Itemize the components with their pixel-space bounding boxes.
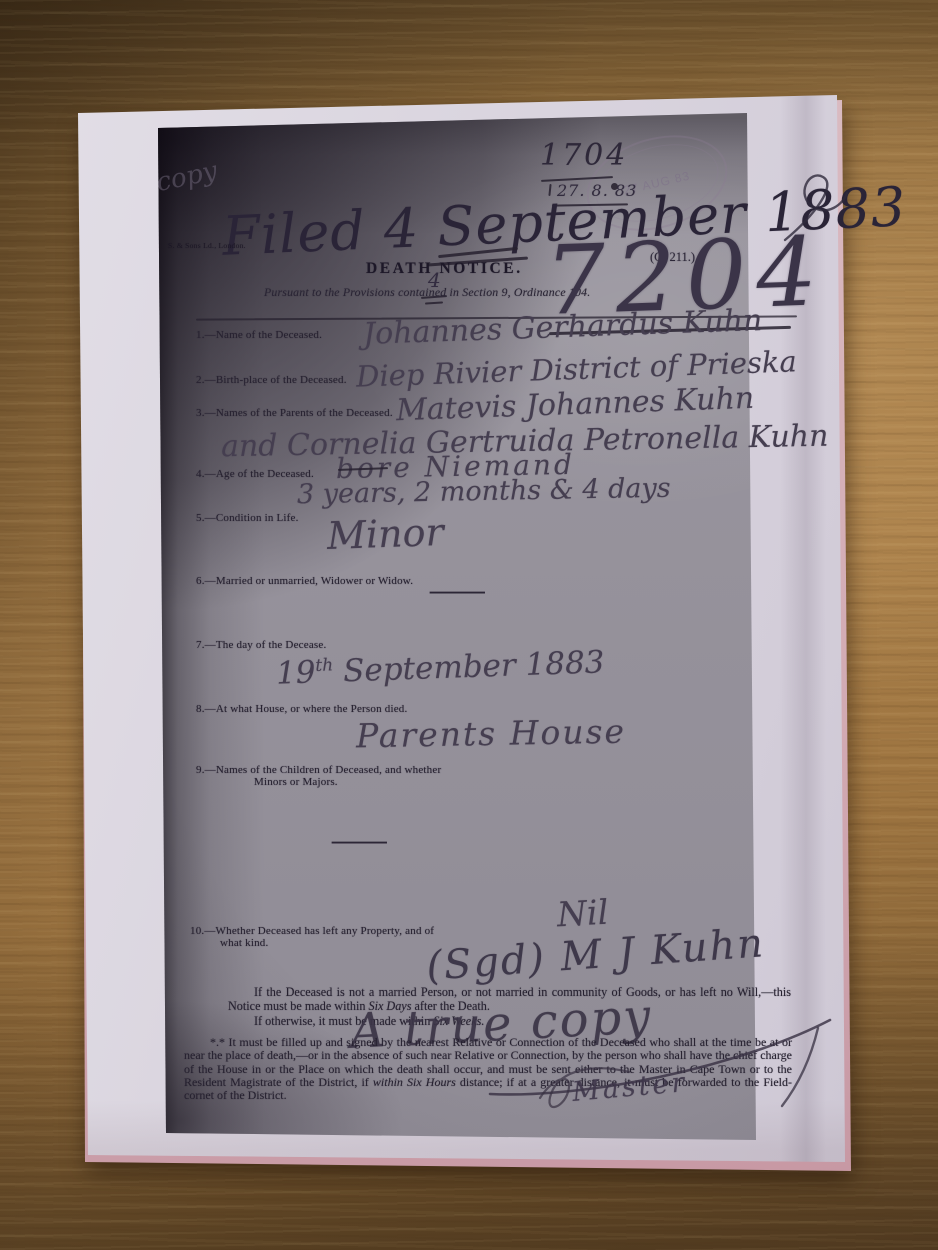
printer-mark: S. & Sons Ld., London. xyxy=(168,241,246,250)
photo-scene: copy 27 AUG 83 1704 27. 8. 83 Filed 4 Se… xyxy=(0,0,938,1250)
field-7-label: 7.—The day of the Decease. xyxy=(196,639,326,651)
field-7-ordinal: th xyxy=(315,655,334,676)
field-10-label-line1: 10.—Whether Deceased has left any Proper… xyxy=(190,925,434,937)
field-3-label: 3.—Names of the Parents of the Deceased. xyxy=(196,407,393,419)
field-9-value: — xyxy=(332,826,387,856)
field-8-value: Parents House xyxy=(356,712,627,756)
field-5-value: Minor xyxy=(326,510,444,558)
form-title: DEATH NOTICE. xyxy=(366,260,523,278)
corner-note: copy xyxy=(154,156,220,198)
field-9-label-line2: Minors or Majors. xyxy=(196,776,441,788)
field-2-label: 2.—Birth-place of the Deceased. xyxy=(196,374,347,386)
field-7-day: 19 xyxy=(275,654,316,691)
field-10-value: Nil xyxy=(556,893,610,936)
field-6-value: — xyxy=(430,576,485,606)
document-content: copy 27 AUG 83 1704 27. 8. 83 Filed 4 Se… xyxy=(0,0,938,1250)
field-9-label: 9.—Names of the Children of Deceased, an… xyxy=(196,764,441,788)
ink-line xyxy=(425,301,443,304)
field-4-label: 4.—Age of the Deceased. xyxy=(196,468,314,480)
field-1-label: 1.—Name of the Deceased. xyxy=(196,329,322,341)
field-7-value: 19th September 1883 xyxy=(275,644,605,691)
field-5-label: 5.—Condition in Life. xyxy=(196,512,299,524)
signature-scrawl xyxy=(420,998,840,1128)
field-4-value: 3 years, 2 months & 4 days xyxy=(297,473,671,511)
field-1-value: Johannes Gerhardus Kuhn xyxy=(363,303,763,352)
field-9-label-line1: 9.—Names of the Children of Deceased, an… xyxy=(196,764,441,776)
field-7-rest: September 1883 xyxy=(333,644,605,689)
field-8-label: 8.—At what House, or where the Person di… xyxy=(196,703,407,715)
form-subtitle: Pursuant to the Provisions contained in … xyxy=(264,285,590,300)
file-number: 1704 xyxy=(540,138,628,173)
field-10-label: 10.—Whether Deceased has left any Proper… xyxy=(190,925,434,949)
field-10-label-line2: what kind. xyxy=(190,937,434,949)
field-6-label: 6.—Married or unmarried, Widower or Wido… xyxy=(196,575,413,587)
